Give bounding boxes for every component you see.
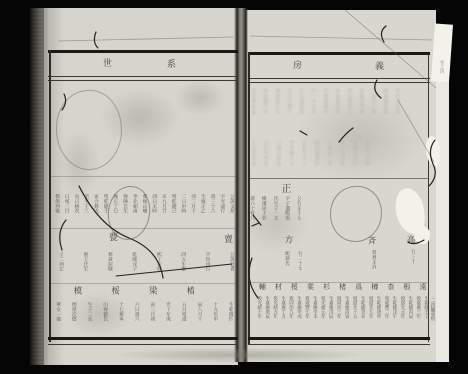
bleed-column: 有萬派同源 bbox=[336, 88, 341, 136]
entry-column: 殁同治三年 bbox=[336, 296, 341, 334]
entry-column: 塋生子三 bbox=[83, 194, 88, 224]
entry-column: 生乾隆壬子 bbox=[423, 296, 428, 334]
entry-column: 殁光緒十年 bbox=[256, 296, 261, 334]
entry-column: 模俱列後 bbox=[54, 194, 59, 224]
header-rule-right-2 bbox=[248, 82, 430, 83]
entry-column: 生乾隆四 bbox=[228, 302, 233, 336]
scanned-book-spread: 世 系 房 義 公諱文炳字光遠行壽三十六生雍正乙卯三月十二日申時歿乾隆己亥九月廿… bbox=[0, 0, 468, 374]
entry-column: 殁道光十五 bbox=[351, 296, 356, 334]
entry-column: 生乾隆丙辰 bbox=[407, 296, 412, 334]
entry-column: 五日歿道 bbox=[181, 302, 186, 336]
fore-edge-label: 卷之四 bbox=[438, 60, 444, 74]
person-name: 模 bbox=[72, 286, 81, 298]
entry-column: 子二列左 bbox=[58, 252, 63, 284]
entry-column: 行二十七 bbox=[297, 251, 302, 281]
generation-marker: 正 bbox=[277, 183, 292, 193]
header-rule-left-2 bbox=[48, 80, 238, 81]
frame-bottom-rule-left bbox=[48, 337, 238, 340]
person-name: 椿 bbox=[185, 286, 194, 298]
bleed-column: 同一本木有 bbox=[312, 88, 317, 136]
entry-text-row: 公行正十七字子淵配張氏生子一文煥遷居上莊壽六十有八 bbox=[249, 196, 301, 234]
bleed-column: 大清乾隆歲 bbox=[252, 140, 257, 178]
entry-column: 配蔡氏 bbox=[284, 251, 289, 281]
bleed-column: 宗功衍慶千 bbox=[288, 88, 293, 136]
entry-column: 寅合葬夫 bbox=[93, 194, 98, 224]
entry-column: 殁葬未詳 bbox=[371, 250, 376, 276]
entry-column: 四五生康 bbox=[180, 252, 185, 284]
header-rule-right bbox=[248, 78, 430, 79]
grid-rule bbox=[50, 176, 236, 177]
entry-column: 乾隆戊子 bbox=[131, 252, 136, 284]
bleed-column: 月穀旦裔孫 bbox=[278, 140, 283, 178]
entry-column: 生乾隆戊午 bbox=[391, 296, 396, 334]
bleed-column: 守勿替焉哉 bbox=[397, 88, 402, 136]
person-name: 棠 bbox=[306, 283, 313, 294]
entry-column: 氏生子一文 bbox=[272, 196, 277, 234]
entry-column: 十七葬本 bbox=[118, 302, 123, 336]
entry-column: 熙丁亥歿 bbox=[156, 252, 161, 284]
branch-marker: 方 bbox=[282, 235, 294, 244]
person-name: 柰 bbox=[387, 283, 394, 294]
entry-column: 殁咸豐七年 bbox=[304, 296, 309, 334]
frame-bottom-rule-right-2 bbox=[248, 344, 430, 345]
entry-column: 公行正十七 bbox=[296, 196, 301, 234]
bleed-column: 子孫保之家 bbox=[328, 140, 333, 178]
generation-marker: 亶 bbox=[221, 234, 234, 243]
entry-column: 殁光緒元年 bbox=[320, 296, 325, 334]
entry-column: 字子淵配張 bbox=[284, 196, 289, 234]
entry-column: 公諱廷貴 bbox=[229, 252, 234, 284]
person-name: 輔 bbox=[258, 283, 265, 294]
header-char: 系 bbox=[167, 57, 176, 70]
bleed-column: 永誌不忘云 bbox=[303, 140, 308, 178]
bleed-column: 詩書繼世長 bbox=[264, 88, 269, 136]
fore-edge-label: 二四隨壹佰 bbox=[429, 298, 435, 321]
entry-column: 字均用行 bbox=[205, 252, 210, 284]
bleed-through-text: 大清乾隆歲次戊申仲春月穀旦裔孫等仝敬立石永誌不忘云爾時維萬世子孫保之家聲丕振祖武… bbox=[252, 140, 372, 178]
entry-column: 殁同治九年 bbox=[288, 296, 293, 334]
bleed-column: 訓後嗣當遵 bbox=[385, 88, 390, 136]
bleed-column: 等仝敬立石 bbox=[290, 140, 295, 178]
entry-column: 殁光緒五年 bbox=[272, 296, 277, 334]
person-name: 梁 bbox=[147, 286, 156, 298]
entry-column: 華女一適 bbox=[55, 302, 60, 336]
entry-column: 德榮次德 bbox=[71, 302, 76, 336]
bleed-column: 之風先人遺 bbox=[372, 88, 377, 136]
entry-column: 寅三月初 bbox=[149, 302, 154, 336]
entry-column: 生乾隆庚申 bbox=[375, 296, 380, 334]
entry-text-row: 行三十 bbox=[406, 249, 415, 271]
entry-column: 歿乾隆壬 bbox=[103, 194, 108, 224]
bleed-column: 聲丕振祖武 bbox=[341, 140, 346, 178]
page-fold-gap bbox=[234, 8, 248, 362]
entry-column: 二日申時 bbox=[180, 194, 185, 224]
bleed-column: 誼講信修睦 bbox=[360, 88, 365, 136]
entry-column: 歿乾隆己 bbox=[171, 194, 176, 224]
frame-top-rule-left bbox=[48, 50, 238, 53]
person-name: 桵 bbox=[110, 286, 119, 298]
entry-column: 生嘉慶庚辰 bbox=[264, 296, 269, 334]
person-name: 遠 bbox=[419, 283, 426, 294]
name-row: 椿梁桵模 bbox=[72, 286, 194, 298]
entry-column: 字光遠行 bbox=[219, 194, 224, 224]
entry-column: 行三十 bbox=[410, 249, 415, 271]
entry-text-row: 行二十七配蔡氏 bbox=[284, 251, 302, 281]
entry-column: 壽六十有八 bbox=[249, 196, 254, 234]
entry-column: 生雍正乙 bbox=[200, 194, 205, 224]
person-name: 材 bbox=[274, 283, 281, 294]
bleed-column: 次戊申仲春 bbox=[265, 140, 270, 178]
frame-left-rule bbox=[49, 50, 51, 342]
bleed-through-text: 忠厚傳家遠詩書繼世長祖德流芳百宗功衍慶千支分派別源同一本木有千枝歸根水有萬派同源… bbox=[252, 88, 402, 136]
entry-column: 長曰椿次 bbox=[73, 194, 78, 224]
bleed-column: 支分派別源 bbox=[300, 88, 305, 136]
entry-text-row: 殁葬未詳 bbox=[367, 250, 376, 276]
header-char: 房 bbox=[293, 58, 302, 71]
entry-column: 生嘉慶丁丑 bbox=[280, 296, 285, 334]
entry-column: 殁道光九年 bbox=[367, 296, 372, 334]
entry-column: 卯三月十 bbox=[190, 194, 195, 224]
header-char: 義 bbox=[375, 59, 384, 72]
frame-top-rule-right bbox=[248, 52, 430, 55]
frame-bottom-rule-left-2 bbox=[48, 344, 238, 345]
bleed-column: 克繩是為序 bbox=[354, 140, 359, 178]
frame-bottom-rule-right bbox=[248, 337, 430, 340]
entry-column: 殁嘉慶三年 bbox=[415, 296, 420, 334]
bleed-column: 千枝歸根水 bbox=[324, 88, 329, 136]
person-name: 爲 bbox=[354, 283, 361, 294]
entry-column: 四日未時 bbox=[151, 194, 156, 224]
person-name: 楮 bbox=[338, 283, 345, 294]
entry-column: 生子二長 bbox=[86, 302, 91, 336]
person-name: 根 bbox=[403, 283, 410, 294]
entry-column: 生乾隆癸亥 bbox=[359, 296, 364, 334]
header-rule-left bbox=[48, 76, 238, 77]
entry-column: 曰桵三曰 bbox=[64, 194, 69, 224]
entry-column: 光十年庚 bbox=[165, 302, 170, 336]
person-name: 杉 bbox=[322, 283, 329, 294]
entry-column: 生嘉慶戊辰 bbox=[328, 296, 333, 334]
entry-column: 生嘉慶甲戌 bbox=[296, 296, 301, 334]
entry-column: 十九年甲 bbox=[212, 302, 217, 336]
entry-column: 六日壽六 bbox=[134, 302, 139, 336]
entry-column: 葬黃泥塘 bbox=[107, 252, 112, 284]
person-name: 桵 bbox=[290, 283, 297, 294]
bleed-column: 祖德流芳百 bbox=[276, 88, 281, 136]
entry-column: 壽三十六 bbox=[210, 194, 215, 224]
entry-column: 辰八月十 bbox=[196, 302, 201, 336]
name-row: 遠根柰樽爲楮杉棠桵材輔 bbox=[258, 283, 426, 294]
grid-rule bbox=[249, 178, 429, 179]
bleed-column: 敦宗睦族之 bbox=[348, 88, 353, 136]
bleed-column: 忠厚傳家遠 bbox=[252, 88, 257, 136]
entry-column: 殁咸豐二年 bbox=[383, 296, 388, 334]
entry-column: 煥遷居上莊 bbox=[261, 196, 266, 234]
entry-text-row: 生乾隆壬子殁嘉慶三年生乾隆丙辰殁道光元年生乾隆戊午殁咸豐二年生乾隆庚申殁道光九年… bbox=[256, 296, 428, 334]
entry-column: 生嘉慶丙寅 bbox=[343, 296, 348, 334]
entry-column: 娶王氏生 bbox=[82, 252, 87, 284]
entry-column: 公諱文炳 bbox=[229, 194, 234, 224]
entry-text-row: 生乾隆四十九年甲辰八月十五日歿道光十年庚寅三月初六日壽六十七葬本山娶劉氏生子二長… bbox=[55, 302, 233, 336]
entry-column: 亥九月廿 bbox=[161, 194, 166, 224]
entry-column: 生嘉慶辛未 bbox=[312, 296, 317, 334]
bleed-column: 謹識於譜端 bbox=[367, 140, 372, 178]
entry-text-row: 公諱廷貴字均用行四五生康熙丁亥歿乾隆戊子葬黃泥塘娶王氏生子二列左 bbox=[58, 252, 234, 284]
header-char: 世 bbox=[103, 56, 112, 69]
bleed-column: 爾時維萬世 bbox=[316, 140, 321, 178]
entry-column: 殁道光元年 bbox=[399, 296, 404, 334]
person-name: 樽 bbox=[370, 283, 377, 294]
entry-column: 山娶劉氏 bbox=[102, 302, 107, 336]
